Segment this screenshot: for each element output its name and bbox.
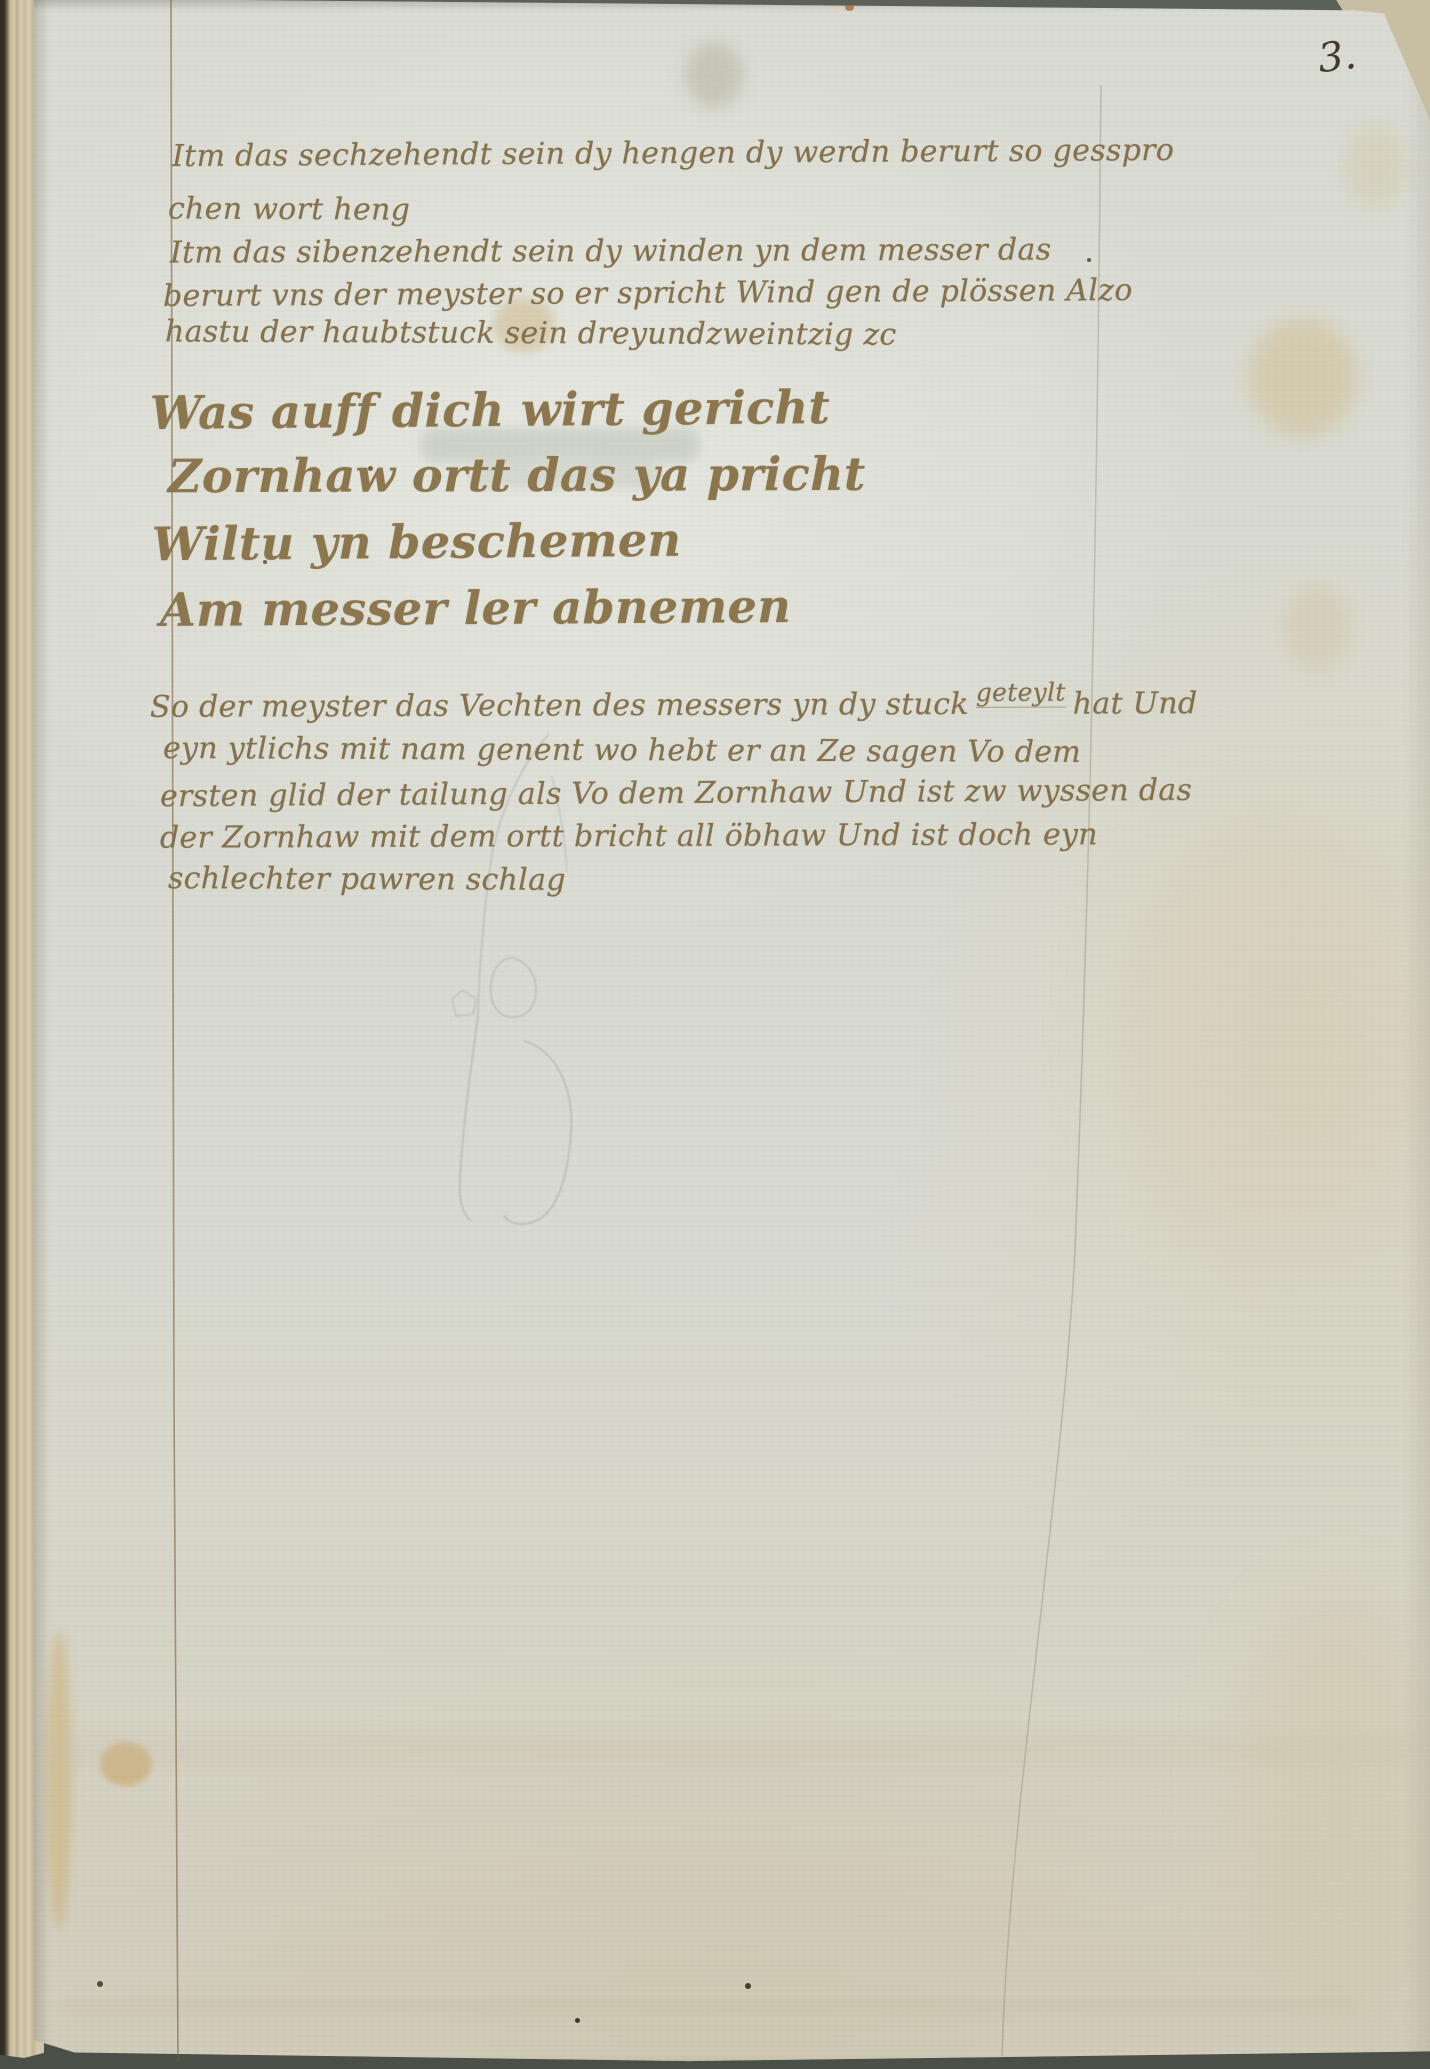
ink-bleedthrough <box>470 462 660 488</box>
paper-stain <box>493 298 555 352</box>
wormhole-speck <box>97 1981 103 1987</box>
ink-speck <box>575 2018 580 2023</box>
ink-speck <box>745 1983 751 1989</box>
ink-speck <box>1087 258 1091 262</box>
paper-texture <box>34 0 1430 2069</box>
rust-speck <box>845 4 854 11</box>
paper-stain <box>685 42 743 108</box>
horizontal-crease-stain <box>60 2000 1360 2014</box>
folio-number: 3. <box>1315 32 1358 82</box>
paper-stain <box>46 1630 72 1930</box>
paper-stain <box>100 1742 152 1786</box>
horizontal-crease-stain <box>40 1738 1420 1764</box>
paper-stain <box>1248 318 1358 438</box>
manuscript-page <box>34 0 1430 2069</box>
page-edge-shading <box>34 0 1430 2069</box>
manuscript-photo: 3. Itm das sechzehendt sein dy hengen dy… <box>0 0 1430 2069</box>
ink-speck <box>368 466 373 471</box>
ink-bleedthrough <box>420 428 700 462</box>
paper-stain <box>1240 1600 1430 2030</box>
paper-stain <box>1282 582 1352 672</box>
paper-stain <box>1344 124 1408 208</box>
paper-stain <box>1120 820 1420 1240</box>
ink-speck <box>263 560 267 564</box>
